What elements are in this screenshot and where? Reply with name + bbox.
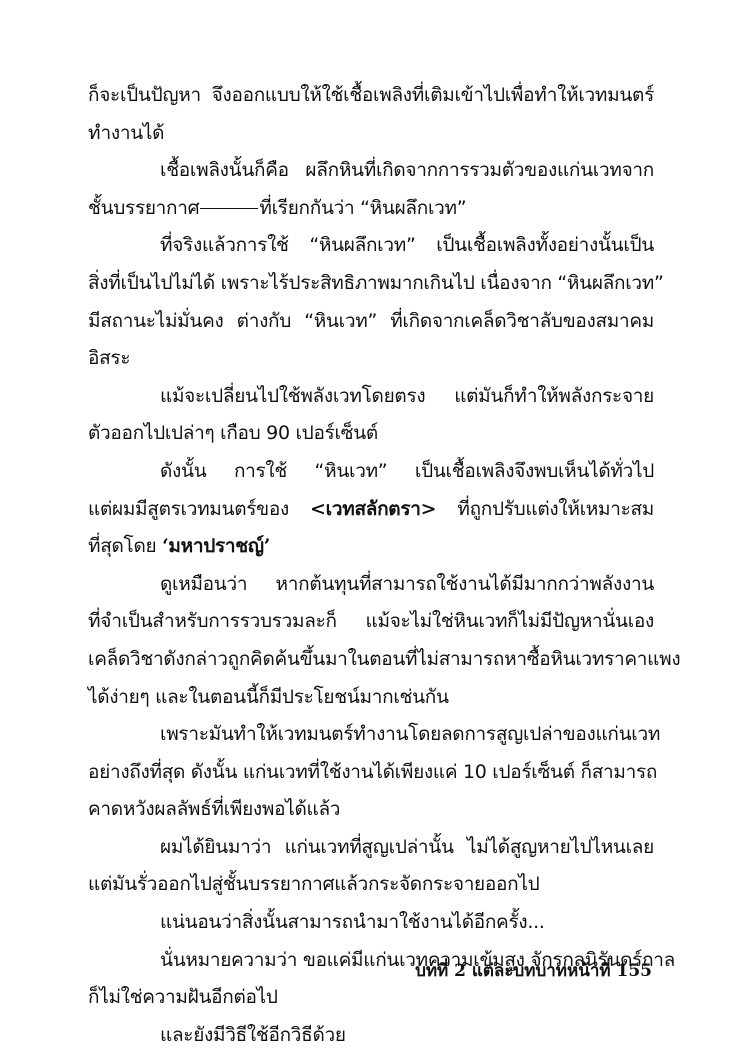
text-line: ที่จำเป็นสำหรับการรวบรวมละก็ แม้จะไม่ใช่… xyxy=(88,603,654,641)
text-line: แต่ผมมีสูตรเวทมนตร์ของ <เวทสลักตรา> ที่ถ… xyxy=(88,491,654,529)
text-line: และยังมีวิธีใช้อีกวิธีด้วย xyxy=(88,1017,654,1051)
text-line: ที่จริงแล้วการใช้ “หินผลึกเวท” เป็นเชื้อ… xyxy=(88,227,654,265)
text-line: ชั้นบรรยากาศที่เรียกกันว่า “หินผลึกเวท” xyxy=(88,190,654,228)
text-segment: ชั้นบรรยากาศ xyxy=(88,197,199,219)
text-line: อย่างถึงที่สุด ดังนั้น แก่นเวทที่ใช้งานไ… xyxy=(88,754,654,792)
text-line: ที่สุดโดย ‘มหาปราชญ์’ xyxy=(88,528,654,566)
text-line: ก็จะเป็นปัญหา จึงออกแบบให้ใช้เชื้อเพลิงท… xyxy=(88,77,654,115)
text-line: ดูเหมือนว่า หากต้นทุนที่สามารถใช้งานได้ม… xyxy=(88,566,654,604)
text-line: คาดหวังผลลัพธ์ที่เพียงพอได้แล้ว xyxy=(88,791,654,829)
text-line: แน่นอนว่าสิ่งนั้นสามารถนำมาใช้งานได้อีกค… xyxy=(88,904,654,942)
page-body: ก็จะเป็นปัญหา จึงออกแบบให้ใช้เชื้อเพลิงท… xyxy=(88,77,654,1051)
text-line: ตัวออกไปเปล่าๆ เกือบ 90 เปอร์เซ็นต์ xyxy=(88,415,654,453)
text-line: แต่มันรั่วออกไปสู่ชั้นบรรยากาศแล้วกระจัด… xyxy=(88,866,654,904)
text-line: ดังนั้น การใช้ “หินเวท” เป็นเชื้อเพลิงจึ… xyxy=(88,453,654,491)
text-segment: ที่สุดโดย xyxy=(88,535,162,557)
page-footer: บทที่ 2 แต่ละบทบาทหน้าที่ 155 xyxy=(380,956,652,986)
title-name-bold: ‘มหาปราชญ์’ xyxy=(162,535,270,557)
text-segment: แต่ผมมีสูตรเวทมนตร์ของ xyxy=(88,498,310,520)
em-dash-rule xyxy=(200,208,258,209)
text-segment: ที่เรียกกันว่า “หินผลึกเวท” xyxy=(259,197,466,219)
text-line: อิสระ xyxy=(88,340,654,378)
chapter-page-number: บทที่ 2 แต่ละบทบาทหน้าที่ 155 xyxy=(415,961,652,981)
text-line: มีสถานะไม่มั่นคง ต่างกับ “หินเวท” ที่เกิ… xyxy=(88,303,654,341)
text-line: เคล็ดวิชาดังกล่าวถูกคิดค้นขึ้นมาในตอนที่… xyxy=(88,641,654,679)
text-line: สิ่งที่เป็นไปไม่ได้ เพราะไร้ประสิทธิภาพม… xyxy=(88,265,654,303)
text-line: แม้จะเปลี่ยนไปใช้พลังเวทโดยตรง แต่มันก็ท… xyxy=(88,378,654,416)
text-segment: ที่ถูกปรับแต่งให้เหมาะสม xyxy=(436,498,654,520)
text-line: ผมได้ยินมาว่า แก่นเวทที่สูญเปล่านั้น ไม่… xyxy=(88,829,654,867)
text-line: ได้ง่ายๆ และในตอนนี้ก็มีประโยชน์มากเช่นก… xyxy=(88,679,654,717)
text-line: เพราะมันทำให้เวทมนตร์ทำงานโดยลดการสูญเปล… xyxy=(88,716,654,754)
text-line: เชื้อเพลิงนั้นก็คือ ผลึกหินที่เกิดจากการ… xyxy=(88,152,654,190)
text-line: ทำงานได้ xyxy=(88,115,654,153)
spell-name-bold: <เวทสลักตรา> xyxy=(310,498,436,520)
